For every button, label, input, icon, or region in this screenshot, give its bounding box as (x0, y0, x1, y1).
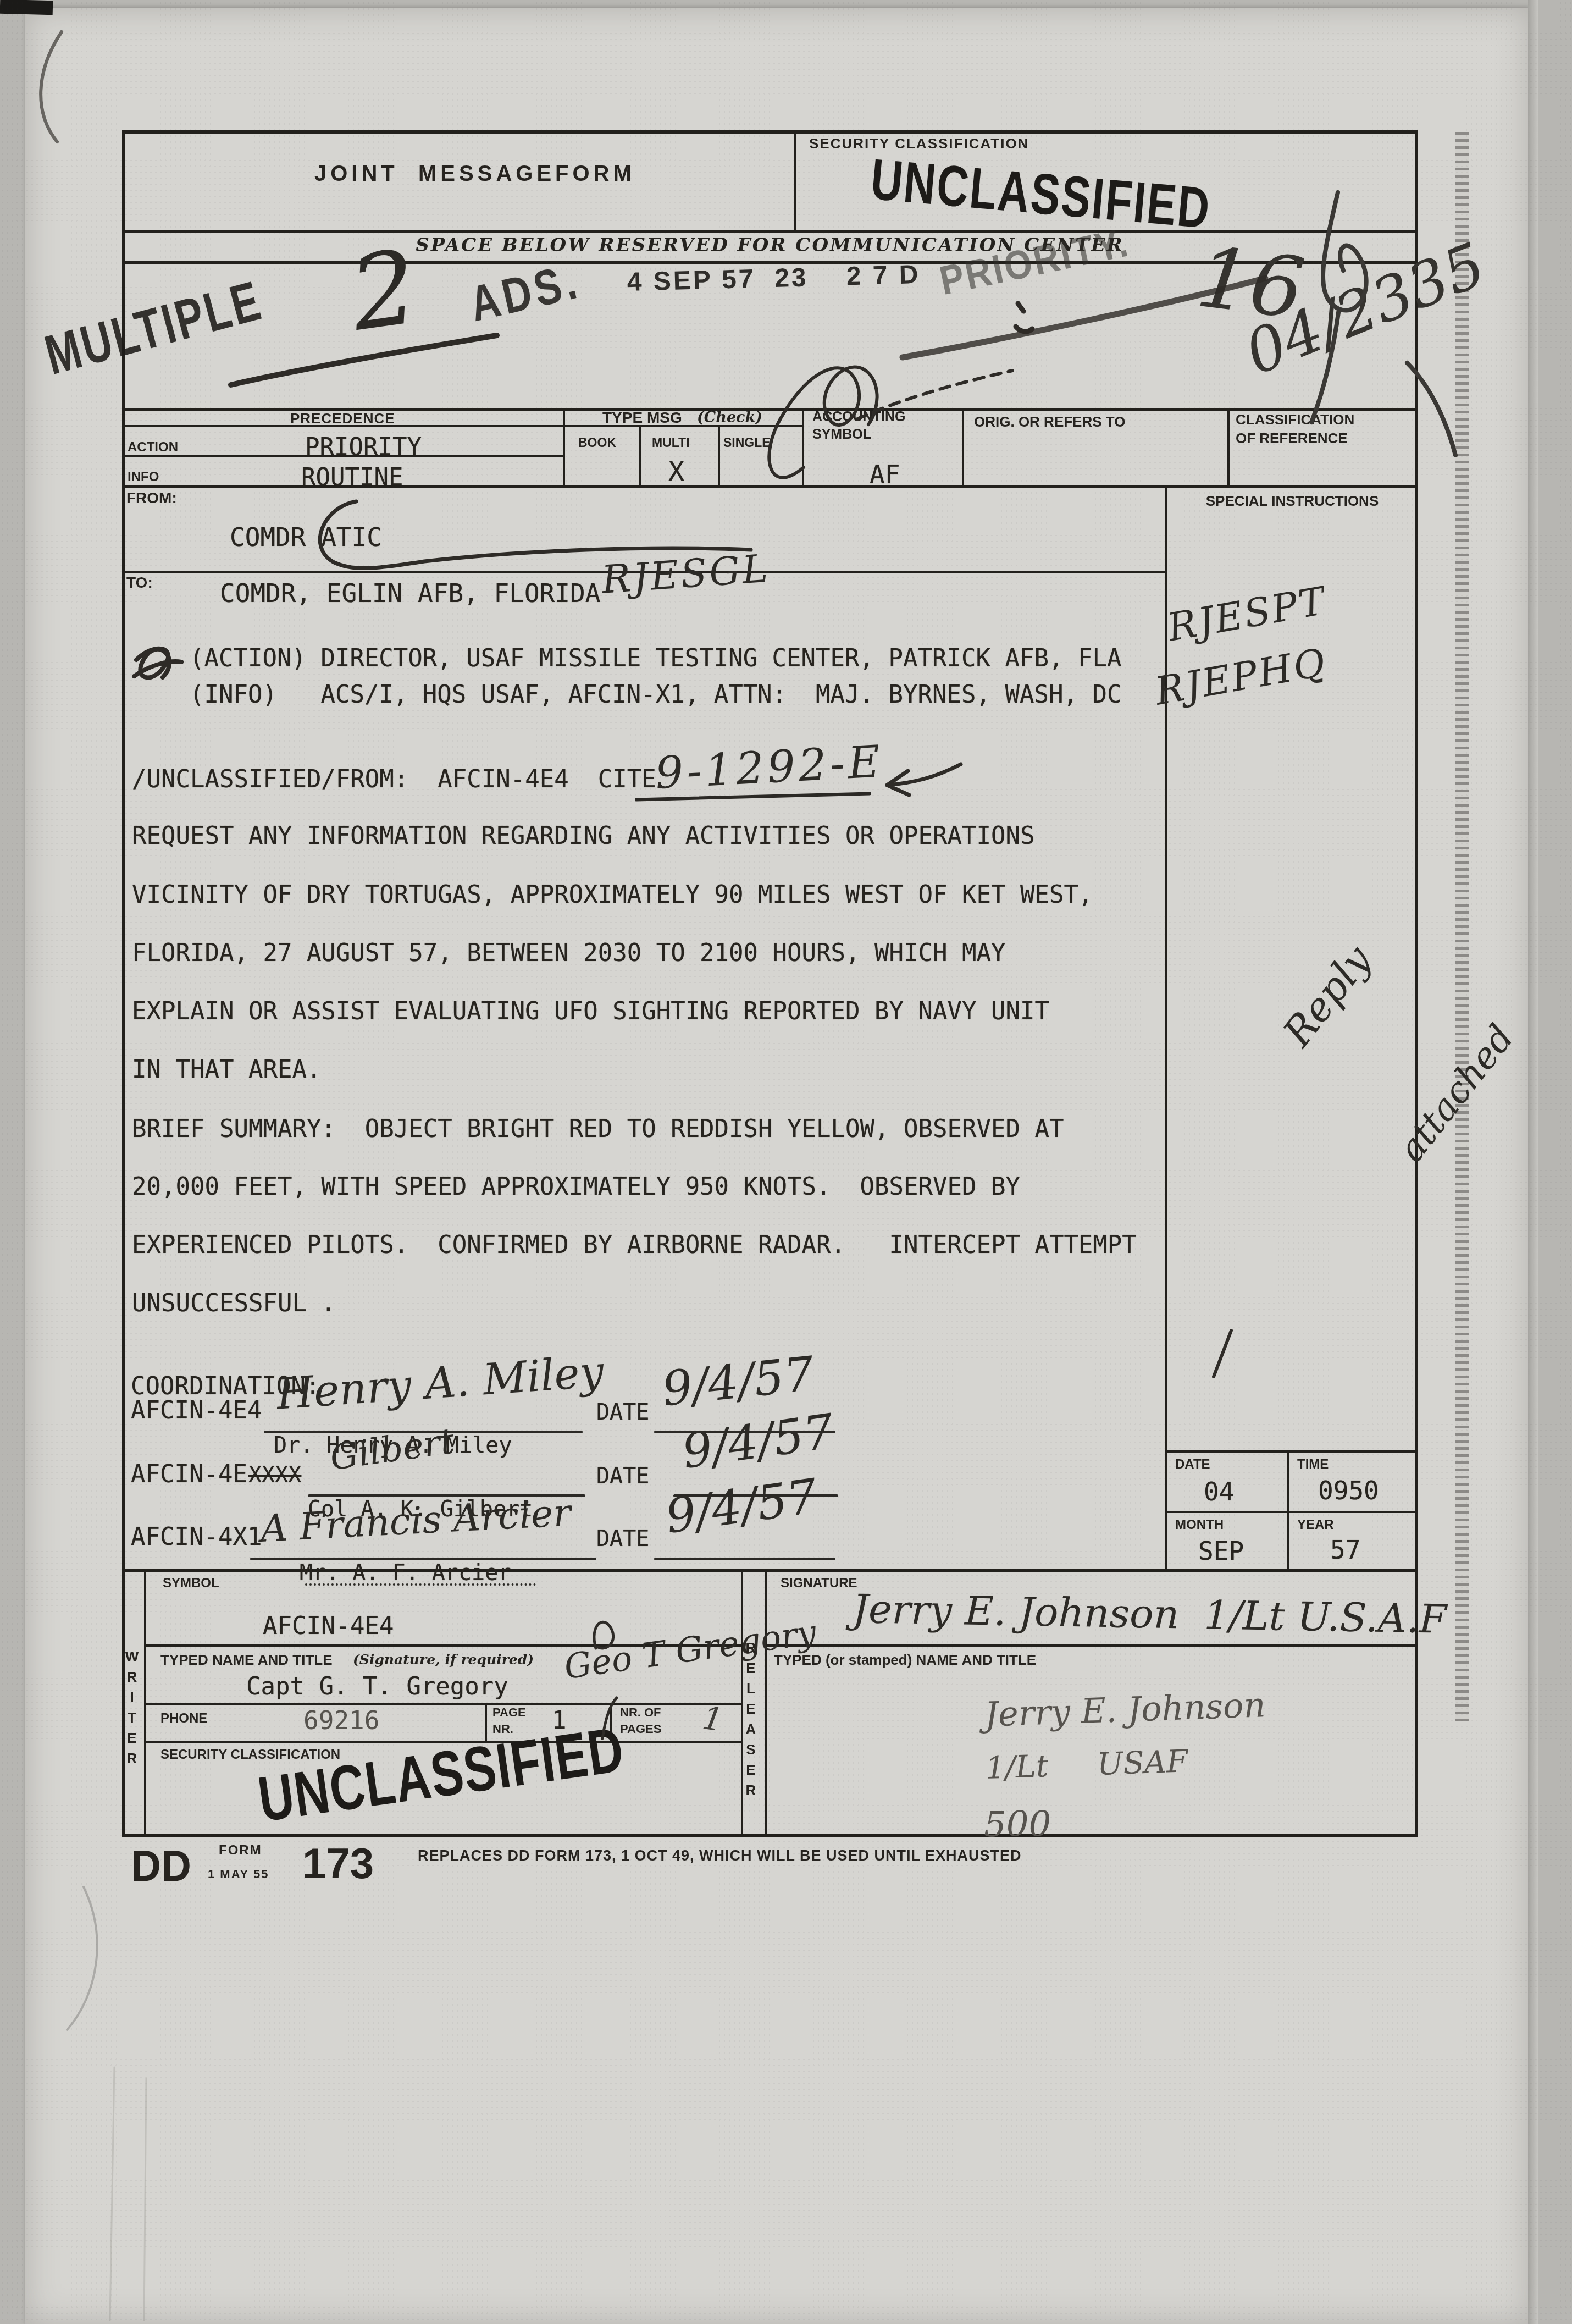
multi-single-divider (718, 425, 720, 485)
type-msg-check-label: (Check) (697, 409, 762, 426)
accounting-label-line2: SYMBOL (812, 427, 871, 443)
releaser-vertical-label: RELEASER (742, 1640, 759, 1826)
accounting-label-line1: ACCOUNTING (812, 409, 905, 425)
datetime-divider (1287, 1450, 1289, 1571)
symbol-value: AFCIN-4E4 (263, 1612, 394, 1640)
typemsg-header-underline (563, 425, 804, 427)
action-label: ACTION (128, 440, 178, 455)
signature-row-bottom (765, 1644, 1418, 1647)
typed-name-label-paren: (Signature, if required) (353, 1652, 534, 1668)
info-precedence-value: ROUTINE (301, 463, 403, 492)
page-nr-label-line1: PAGE (492, 1705, 526, 1720)
multi-label: MULTI (652, 435, 690, 450)
body-line: 20,000 FEET, WITH SPEED APPROXIMATELY 95… (132, 1173, 1020, 1201)
typedname-row-bottom (144, 1703, 741, 1705)
writer-vertical-label: WRITER (123, 1648, 140, 1830)
coordination-office-1: AFCIN-4E4 (131, 1396, 262, 1425)
coordination-date-underline-3 (654, 1558, 835, 1560)
form-number: 173 (302, 1839, 374, 1889)
action-precedence-value: PRIORITY (305, 433, 422, 461)
coordination-office-3: AFCIN-4X1 (131, 1523, 262, 1551)
book-label: BOOK (578, 435, 616, 450)
body-line: FLORIDA, 27 AUGUST 57, BETWEEN 2030 TO 2… (132, 939, 1005, 967)
month-label: MONTH (1175, 1517, 1224, 1533)
typemsg-right-divider (802, 408, 804, 485)
to-label: TO: (126, 574, 153, 592)
to-addressee: COMDR, EGLIN AFB, FLORIDA (220, 578, 600, 608)
book-multi-divider (639, 425, 641, 485)
body-line: BRIEF SUMMARY: OBJECT BRIGHT RED TO REDD… (132, 1115, 1064, 1143)
accounting-symbol-value: AF (870, 460, 900, 489)
scanned-document: JOINT MESSAGEFORM SECURITY CLASSIFICATIO… (0, 0, 1572, 2324)
precedence-label: PRECEDENCE (290, 410, 395, 427)
scan-edge-top-left (0, 0, 53, 15)
form-title: JOINT MESSAGEFORM (314, 162, 635, 186)
to-info-line: (INFO) ACS/I, HQS USAF, AFCIN-X1, ATTN: … (190, 681, 1121, 709)
single-label: SINGLE (723, 435, 771, 450)
classification-reference-label-line2: OF REFERENCE (1236, 430, 1348, 447)
orig-or-refers-label: ORIG. OR REFERS TO (974, 413, 1125, 430)
datetime-mid-line (1165, 1511, 1417, 1513)
dd-form-mark: DD (131, 1841, 191, 1891)
body-line: REQUEST ANY INFORMATION REGARDING ANY AC… (132, 822, 1034, 850)
from-value: COMDR ATIC (230, 522, 382, 552)
releaser-pencil-rank: 1/Lt USAF (985, 1743, 1188, 1786)
info-label: INFO (128, 470, 159, 485)
nr-of-pages-label-line2: PAGES (620, 1722, 661, 1736)
type-msg-label: TYPE MSG (602, 409, 682, 427)
coordination-office-2: AFCIN-4E (131, 1460, 247, 1488)
from-label: FROM: (126, 489, 177, 507)
body-line: IN THAT AREA. (132, 1056, 321, 1084)
time-label: TIME (1297, 1457, 1329, 1472)
nr-of-pages-label-line1: NR. OF (620, 1705, 661, 1720)
coordination-typed-3-dotted-underline (305, 1583, 536, 1586)
body-line: UNSUCCESSFUL . (132, 1289, 336, 1317)
body-line: EXPERIENCED PILOTS. CONFIRMED BY AIRBORN… (132, 1231, 1137, 1259)
to-action-line: (ACTION) DIRECTOR, USAF MISSILE TESTING … (190, 644, 1121, 672)
replaces-note: REPLACES DD FORM 173, 1 OCT 49, WHICH WI… (418, 1847, 1022, 1864)
year-value: 57 (1330, 1535, 1360, 1565)
date-value: 04 (1204, 1477, 1234, 1506)
body-line: EXPLAIN OR ASSIST EVALUATING UFO SIGHTIN… (132, 997, 1049, 1025)
date-label: DATE (1175, 1457, 1210, 1472)
year-label: YEAR (1297, 1517, 1334, 1533)
body-line: VICINITY OF DRY TORTUGAS, APPROXIMATELY … (132, 881, 1093, 909)
margin-note-line2: attached (1386, 1013, 1527, 1173)
coordination-date-label-3: DATE (596, 1526, 649, 1552)
releaser-column-divider (765, 1569, 767, 1837)
typed-stamped-name-label: TYPED (or stamped) NAME AND TITLE (774, 1652, 1036, 1669)
coordination-date-label-2: DATE (596, 1464, 649, 1489)
header-divider (794, 130, 796, 231)
form-border-top (122, 130, 1418, 134)
binding-speckle-strip (1455, 132, 1469, 1721)
coordination-typed-3: Mr. A. F. Arcier (300, 1560, 511, 1586)
time-value: 0950 (1318, 1476, 1379, 1505)
coordination-strike-2: XXXX (248, 1462, 301, 1488)
form-word: FORM (219, 1843, 262, 1858)
month-value: SEP (1198, 1536, 1244, 1566)
phone-label: PHONE (160, 1711, 207, 1726)
margin-note-line1: Reply (1271, 914, 1399, 1057)
releaser-pencil-number: 500 (984, 1804, 1051, 1845)
multi-checkmark: X (668, 456, 684, 487)
orig-right-divider (1227, 408, 1230, 485)
phone-value: 69216 (303, 1705, 379, 1735)
coordination-date-label-1: DATE (596, 1400, 649, 1425)
datetime-top-line (1165, 1450, 1417, 1453)
typed-name-value: Capt G. T. Gregory (246, 1672, 508, 1701)
special-instructions-divider (1165, 485, 1167, 1571)
precedence-right-divider (563, 408, 565, 485)
cite-line: /UNCLASSIFIED/FROM: AFCIN-4E4 CITE (132, 765, 656, 793)
form-border-bottom (122, 1834, 1418, 1837)
classification-reference-label-line1: CLASSIFICATION (1236, 411, 1354, 428)
typed-name-label: TYPED NAME AND TITLE (160, 1652, 332, 1669)
symbol-label: SYMBOL (163, 1576, 219, 1591)
form-border-left (122, 130, 125, 1837)
special-instructions-label: SPECIAL INSTRUCTIONS (1170, 493, 1415, 510)
accounting-right-divider (962, 408, 964, 485)
form-date: 1 MAY 55 (208, 1867, 269, 1881)
signature-label: SIGNATURE (781, 1576, 857, 1591)
